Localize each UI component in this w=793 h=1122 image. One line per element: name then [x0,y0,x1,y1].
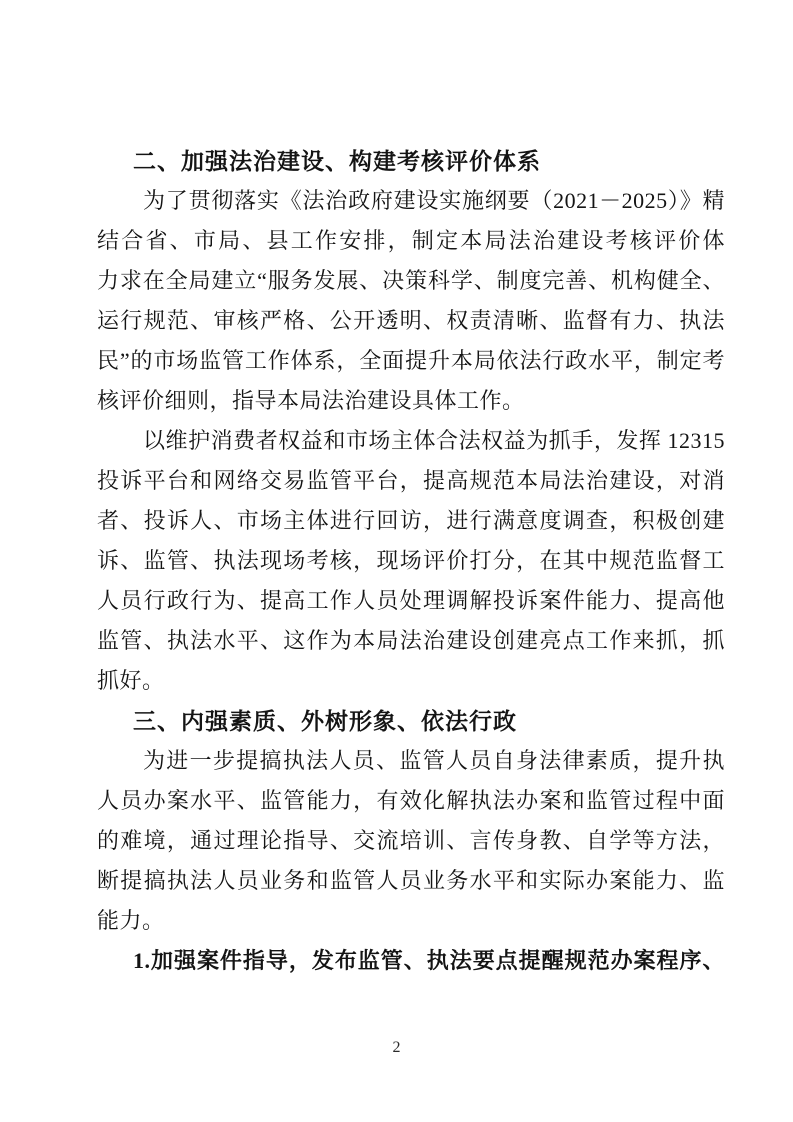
text-line: 诉、监管、执法现场考核，现场评价打分，在其中规范监督工作 [97,541,725,581]
text-line: 的难境，通过理论指导、交流培训、言传身教、自学等方法，不 [97,821,725,861]
text-line: 能力。 [97,901,725,941]
text-line: 断提搞执法人员业务和监管人员业务水平和实际办案能力、监管 [97,861,725,901]
text-line: 力求在全局建立“服务发展、决策科学、制度完善、机构健全、 [97,261,725,301]
page: 二、加强法治建设、构建考核评价体系为了贯彻落实《法治政府建设实施纲要（2021－… [0,0,793,1122]
text-line: 为了贯彻落实《法治政府建设实施纲要（2021－2025）》精神， [97,181,725,221]
document-page: { "page": { "number": "2", "background_c… [0,0,793,1122]
text-line: 民”的市场监管工作体系，全面提升本局依法行政水平，制定考 [97,341,725,381]
text-line: 核评价细则，指导本局法治建设具体工作。 [97,381,725,421]
text-line: 人员行政行为、提高工作人员处理调解投诉案件能力、提高他们 [97,581,725,621]
text-line: 为进一步提搞执法人员、监管人员自身法律素质，提升执法 [97,741,725,781]
section-heading: 三、内强素质、外树形象、依法行政 [97,701,725,741]
text-line: 者、投诉人、市场主体进行回访，进行满意度调查，积极创建投 [97,501,725,541]
text-line: 监管、执法水平、这作为本局法治建设创建亮点工作来抓，抓实 [97,621,725,661]
text-line: 结合省、市局、县工作安排，制定本局法治建设考核评价体系， [97,221,725,261]
text-line: 抓好。 [97,661,725,701]
text-line: 运行规范、审核严格、公开透明、权责清晰、监督有力、执法为 [97,301,725,341]
text-line: 以维护消费者权益和市场主体合法权益为抓手，发挥 12315 [97,421,725,461]
section-heading: 二、加强法治建设、构建考核评价体系 [97,141,725,181]
page-number: 2 [0,1036,793,1060]
text-line: 1.加强案件指导，发布监管、执法要点提醒规范办案程序、 [97,941,725,981]
text-line: 投诉平台和网络交易监管平台，提高规范本局法治建设，对消费 [97,461,725,501]
text-line: 人员办案水平、监管能力，有效化解执法办案和监管过程中面临 [97,781,725,821]
document-body: 二、加强法治建设、构建考核评价体系为了贯彻落实《法治政府建设实施纲要（2021－… [97,141,725,981]
